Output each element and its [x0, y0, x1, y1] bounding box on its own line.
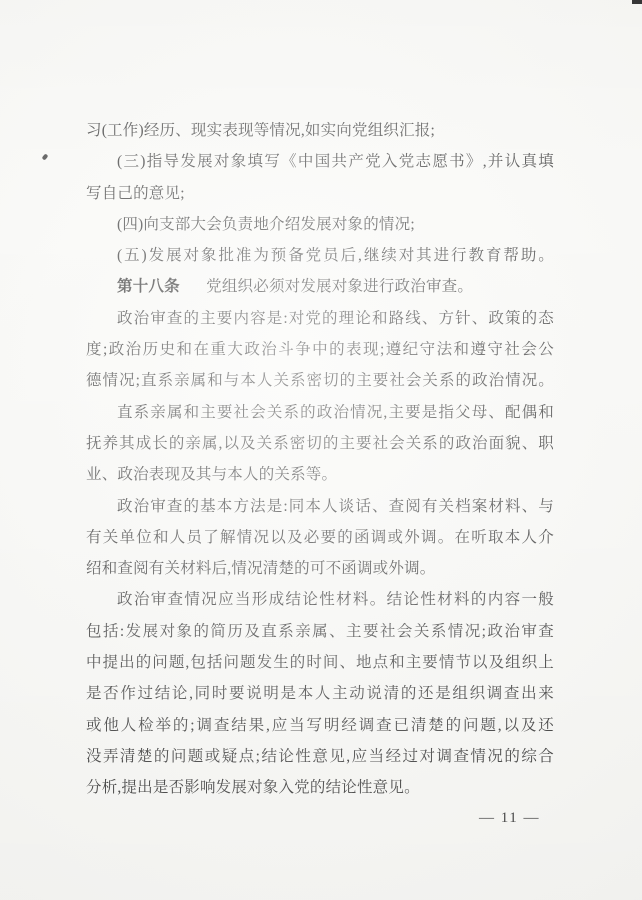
text-line: 习(工作)经历、现实表现等情况,如实向党组织汇报; [86, 115, 554, 146]
page-number: — 11 — [479, 810, 540, 827]
text-line: 绍和查阅有关材料后,情况清楚的可不函调或外调。 [86, 553, 554, 584]
text-line: 德情况;直系亲属和与本人关系密切的主要社会关系的政治情况。 [86, 365, 554, 396]
text-line: 第十八条党组织必须对发展对象进行政治审查。 [86, 271, 554, 302]
text-line: 没弄清楚的问题或疑点;结论性意见,应当经过对调查情况的综合 [86, 741, 554, 772]
text-line: (三)指导发展对象填写《中国共产党入党志愿书》,并认真填 [86, 146, 554, 177]
text-line: 政治审查的主要内容是:对党的理论和路线、方针、政策的态 [86, 303, 554, 334]
text-line: 中提出的问题,包括问题发生的时间、地点和主要情节以及组织上 [86, 647, 554, 678]
text-line: 直系亲属和主要社会关系的政治情况,主要是指父母、配偶和 [86, 397, 554, 428]
text-line: 包括:发展对象的简历及直系亲属、主要社会关系情况;政治审查 [86, 616, 554, 647]
text-line: (四)向支部大会负责地介绍发展对象的情况; [86, 209, 554, 240]
text-line: 或他人检举的;调查结果,应当写明经调查已清楚的问题,以及还 [86, 710, 554, 741]
text-line: 分析,提出是否影响发展对象入党的结论性意见。 [86, 772, 554, 803]
text-line: 政治审查的基本方法是:同本人谈话、查阅有关档案材料、与 [86, 491, 554, 522]
body-text: 习(工作)经历、现实表现等情况,如实向党组织汇报;(三)指导发展对象填写《中国共… [86, 115, 554, 804]
scan-artifact-corner [632, 0, 642, 4]
text-line: 有关单位和人员了解情况以及必要的函调或外调。在听取本人介 [86, 522, 554, 553]
text-line: 度;政治历史和在重大政治斗争中的表现;遵纪守法和遵守社会公 [86, 334, 554, 365]
document-page: 习(工作)经历、现实表现等情况,如实向党组织汇报;(三)指导发展对象填写《中国共… [0, 0, 642, 900]
text-line: 写自己的意见; [86, 178, 554, 209]
text-line: 是否作过结论,同时要说明是本人主动说清的还是组织调查出来 [86, 678, 554, 709]
text-line: 抚养其成长的亲属,以及关系密切的主要社会关系的政治面貌、职 [86, 428, 554, 459]
article-number: 第十八条 [117, 278, 180, 295]
text-line: 政治审查情况应当形成结论性材料。结论性材料的内容一般 [86, 584, 554, 615]
text-line: (五)发展对象批准为预备党员后,继续对其进行教育帮助。 [86, 240, 554, 271]
text-line: 业、政治表现及其与本人的关系等。 [86, 459, 554, 490]
scan-artifact-speck [42, 153, 49, 160]
